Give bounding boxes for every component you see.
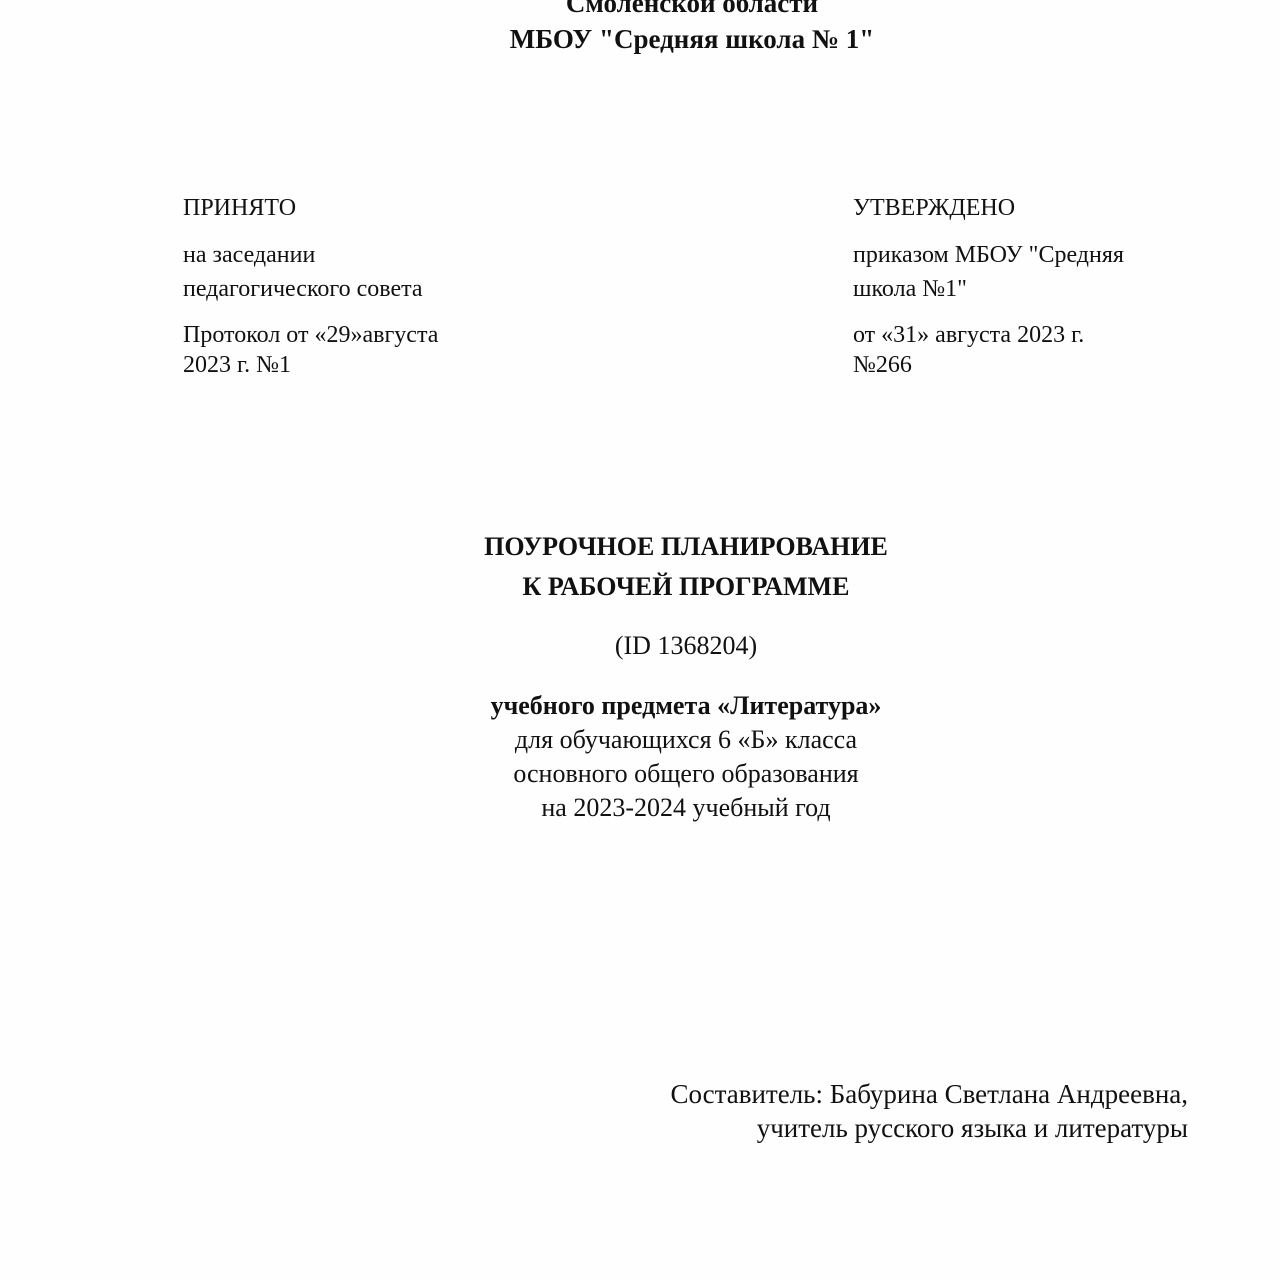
accepted-heading: ПРИНЯТО [183, 193, 296, 223]
compiler-position: учитель русского языка и литературы [757, 1111, 1188, 1145]
document-page: Смоленской области МБОУ "Средняя школа №… [0, 0, 1280, 1280]
subject-level: основного общего образования [386, 757, 986, 791]
program-id: (ID 1368204) [386, 630, 986, 662]
approved-order-line-2: №266 [853, 350, 912, 380]
document-title-line-2: К РАБОЧЕЙ ПРОГРАММЕ [386, 567, 986, 607]
subject-name: учебного предмета «Литература» [386, 689, 986, 723]
approved-order-line-1: от «31» августа 2023 г. [853, 320, 1084, 350]
subject-class: для обучающихся 6 «Б» класса [386, 723, 986, 757]
school-name: МБОУ "Средняя школа № 1" [0, 22, 1280, 56]
document-title-line-1: ПОУРОЧНОЕ ПЛАНИРОВАНИЕ [386, 527, 986, 567]
approved-heading: УТВЕРЖДЕНО [853, 193, 1015, 223]
approved-body-line-2: школа №1" [853, 274, 967, 304]
approved-body-line-1: приказом МБОУ "Средняя [853, 240, 1124, 270]
accepted-body-line-1: на заседании [183, 240, 315, 270]
accepted-body-line-2: педагогического совета [183, 274, 423, 304]
subject-year: на 2023-2024 учебный год [386, 791, 986, 825]
compiler-name: Составитель: Бабурина Светлана Андреевна… [670, 1077, 1188, 1111]
accepted-protocol-line-2: 2023 г. №1 [183, 350, 291, 380]
region-line: Смоленской области [0, 0, 1280, 20]
accepted-protocol-line-1: Протокол от «29»августа [183, 320, 438, 350]
